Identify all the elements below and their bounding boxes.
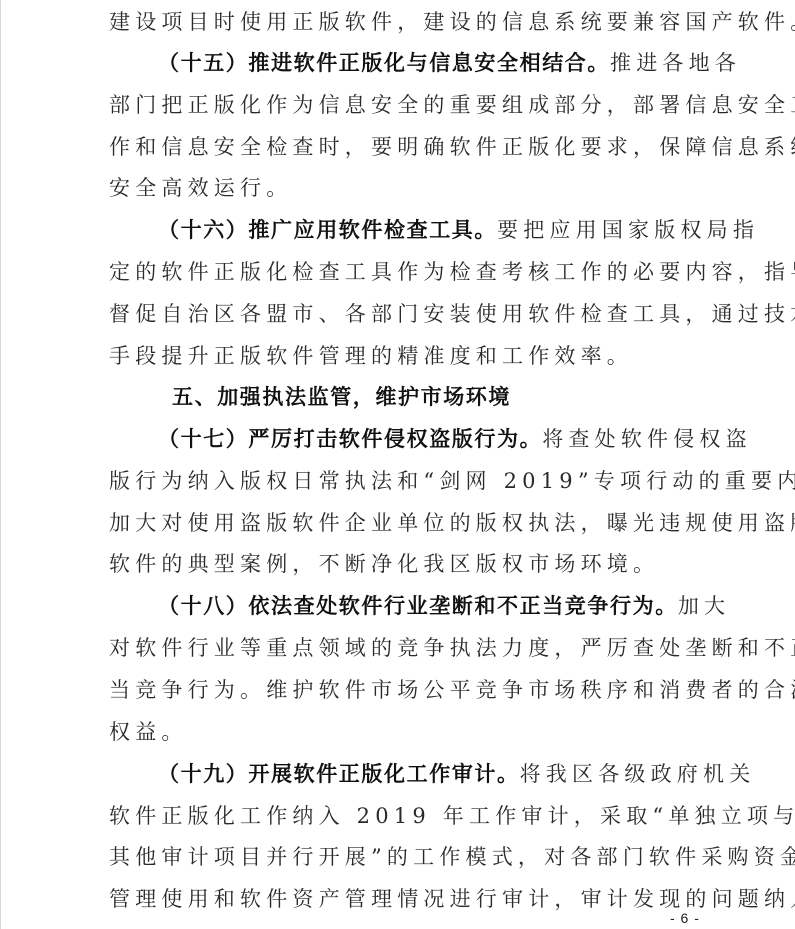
body-text-line: 加大对使用盗版软件企业单位的版权执法，曝光违规使用盗版 <box>109 508 699 538</box>
item-19-paragraph-start: （十九）开展软件正版化工作审计。将我区各级政府机关 <box>158 759 748 789</box>
body-text-line: 其他审计项目并行开展”的工作模式，对各部门软件采购资金 <box>109 842 699 872</box>
body-text-line: 权益。 <box>109 717 699 747</box>
page-edge-divider <box>0 0 1 929</box>
item-18-paragraph-start: （十八）依法查处软件行业垄断和不正当竞争行为。加大 <box>158 591 748 621</box>
body-text-line: 当竞争行为。维护软件市场公平竞争市场秩序和消费者的合法 <box>109 675 699 705</box>
body-text-line: 作和信息安全检查时，要明确软件正版化要求，保障信息系统 <box>109 132 699 162</box>
item-15-title: 推进软件正版化与信息安全相结合。 <box>248 51 610 75</box>
item-17-title: 严厉打击软件侵权盗版行为。 <box>248 427 542 451</box>
body-text-line: 建设项目时使用正版软件，建设的信息系统要兼容国产软件。 <box>109 7 699 37</box>
item-19-number: （十九） <box>158 762 248 786</box>
body-text-line: 管理使用和软件资产管理情况进行审计，审计发现的问题纳入 <box>109 884 699 914</box>
item-16-number: （十六） <box>158 218 248 242</box>
item-18-number: （十八） <box>158 594 248 618</box>
body-text-line: 版行为纳入版权日常执法和“剑网 2019”专项行动的重要内容， <box>109 466 699 496</box>
item-15-paragraph-start: （十五）推进软件正版化与信息安全相结合。推进各地各 <box>158 48 748 78</box>
body-text-line: 软件正版化工作纳入 2019 年工作审计，采取“单独立项与结合 <box>109 801 699 831</box>
item-17-paragraph-start: （十七）严厉打击软件侵权盗版行为。将查处软件侵权盗 <box>158 424 748 454</box>
section-heading: 五、加强执法监管，维护市场环境 <box>172 382 511 412</box>
page-number: - 6 - <box>670 910 700 926</box>
item-15-number: （十五） <box>158 51 248 75</box>
item-15-lead-text: 推进各地各 <box>610 51 741 75</box>
item-17-number: （十七） <box>158 427 248 451</box>
item-18-title: 依法查处软件行业垄断和不正当竞争行为。 <box>248 594 677 618</box>
body-text-line: 手段提升正版软件管理的精准度和工作效率。 <box>109 341 699 371</box>
item-18-lead-text: 加大 <box>678 594 730 618</box>
body-text-line: 安全高效运行。 <box>109 173 699 203</box>
body-text-line: 对软件行业等重点领域的竞争执法力度，严厉查处垄断和不正 <box>109 633 699 663</box>
item-19-title: 开展软件正版化工作审计。 <box>248 762 519 786</box>
item-16-title: 推广应用软件检查工具。 <box>248 218 497 242</box>
body-text-line: 部门把正版化作为信息安全的重要组成部分，部署信息安全工 <box>109 90 699 120</box>
document-page: 建设项目时使用正版软件，建设的信息系统要兼容国产软件。 （十五）推进软件正版化与… <box>0 0 795 929</box>
item-17-lead-text: 将查处软件侵权盗 <box>542 427 752 451</box>
item-19-lead-text: 将我区各级政府机关 <box>520 762 756 786</box>
body-text-line: 软件的典型案例，不断净化我区版权市场环境。 <box>109 549 699 579</box>
item-16-paragraph-start: （十六）推广应用软件检查工具。要把应用国家版权局指 <box>158 215 748 245</box>
body-text-line: 督促自治区各盟市、各部门安装使用软件检查工具，通过技术 <box>109 299 699 329</box>
item-16-lead-text: 要把应用国家版权局指 <box>497 218 759 242</box>
body-text-line: 定的软件正版化检查工具作为检查考核工作的必要内容，指导 <box>109 257 699 287</box>
